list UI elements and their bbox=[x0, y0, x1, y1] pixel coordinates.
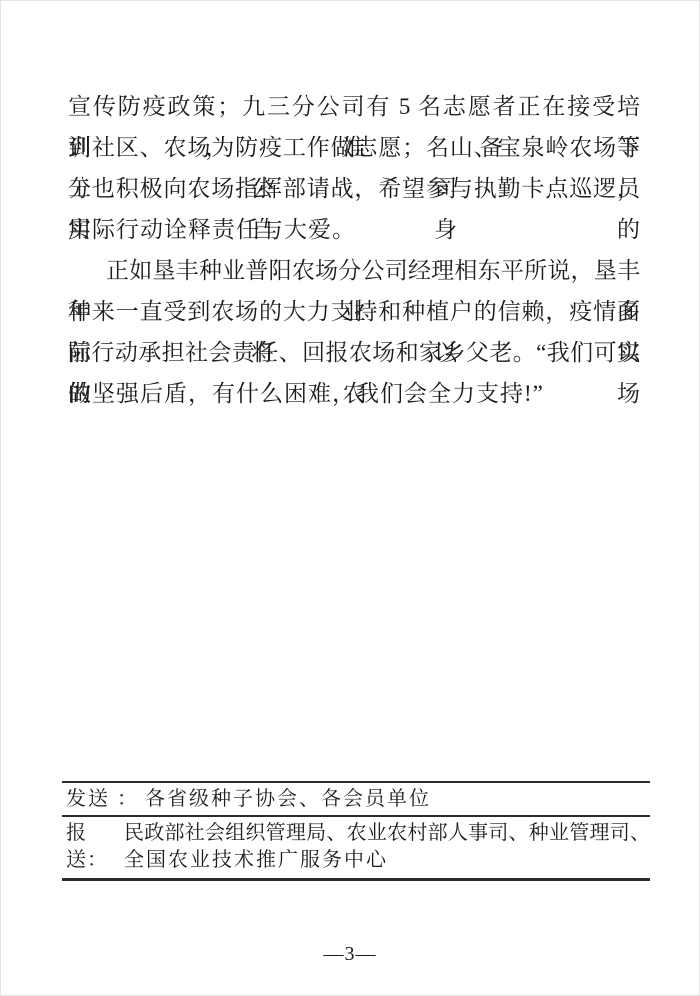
document-page: 宣传防疫政策；九三分公司有 5 名志愿者正在接受培训，准备下 到社区、农场为防疫… bbox=[0, 0, 700, 996]
send-row: 发送 ：各省级种子协会、各会员单位 bbox=[62, 783, 650, 815]
footer-bottom-rule bbox=[62, 878, 650, 881]
report-value-line-1: 民政部社会组织管理局、农业农村部人事司、种业管理司、 bbox=[124, 820, 650, 847]
report-value-line-2: 全国农业技术推广服务中心 bbox=[124, 847, 650, 874]
paragraph-2-line-3: 际行动承担社会责任、回报农场和家乡父老。“我们可以做农场 bbox=[68, 332, 640, 373]
paragraph-1-line-3: 工也积极向农场指挥部请战，希望参与执勤卡点巡逻，用自身的 bbox=[68, 168, 640, 209]
send-label: 发送 ： bbox=[66, 788, 139, 810]
report-label: 报送： bbox=[66, 820, 124, 874]
paragraph-2-line-1: 正如垦丰种业普阳农场分公司经理相东平所说，垦丰种业多 bbox=[68, 250, 640, 291]
body-text: 宣传防疫政策；九三分公司有 5 名志愿者正在接受培训，准备下 到社区、农场为防疫… bbox=[68, 86, 640, 414]
report-row: 报送： 民政部社会组织管理局、农业农村部人事司、种业管理司、 全国农业技术推广服… bbox=[62, 817, 650, 878]
paragraph-1-line-1: 宣传防疫政策；九三分公司有 5 名志愿者正在接受培训，准备下 bbox=[68, 86, 640, 127]
send-value: 各省级种子协会、各会员单位 bbox=[145, 788, 431, 810]
report-value: 民政部社会组织管理局、农业农村部人事司、种业管理司、 全国农业技术推广服务中心 bbox=[124, 820, 650, 874]
distribution-footer: 发送 ：各省级种子协会、各会员单位 报送： 民政部社会组织管理局、农业农村部人事… bbox=[62, 781, 650, 881]
paragraph-1-line-2: 到社区、农场为防疫工作做志愿；名山、宝泉岭农场等分公司员 bbox=[68, 127, 640, 168]
paragraph-2-line-2: 年来一直受到农场的大力支持和种植户的信赖，疫情面前将以实 bbox=[68, 291, 640, 332]
page-number: —3— bbox=[0, 943, 700, 966]
